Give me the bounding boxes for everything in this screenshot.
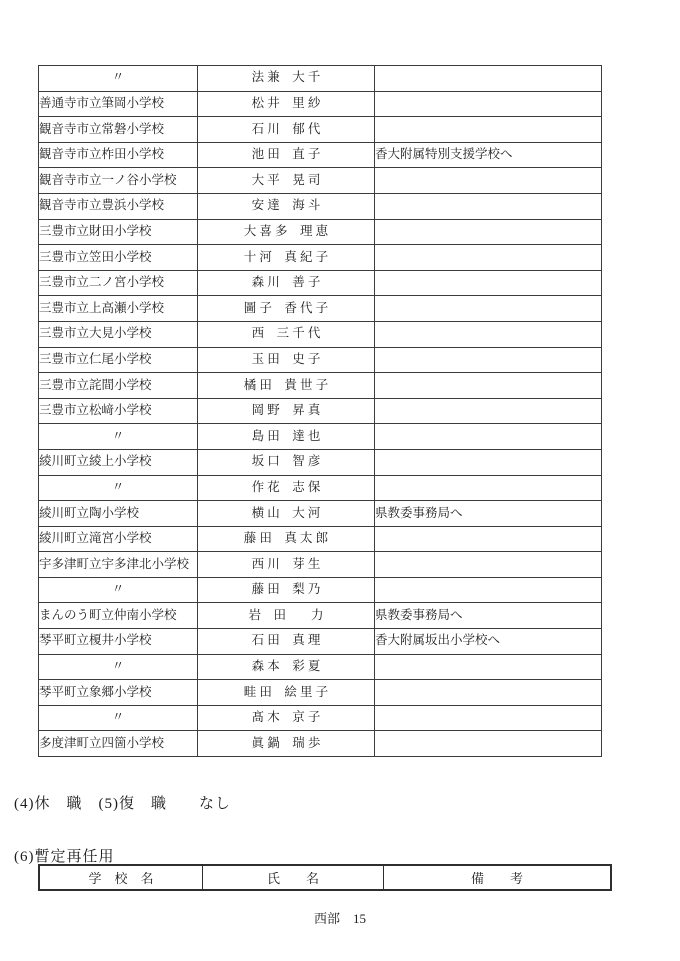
remark-cell <box>375 168 602 194</box>
name-cell: 藤 田 梨 乃 <box>198 577 375 603</box>
school-cell: 〃 <box>39 705 198 731</box>
school-cell: 善通寺市立筆岡小学校 <box>39 91 198 117</box>
remark-cell <box>375 731 602 757</box>
school-cell: 三豊市立松﨑小学校 <box>39 398 198 424</box>
reappointment-header-row: 学 校 名 氏 名 備 考 <box>39 865 611 890</box>
name-cell: 橘 田 貴 世 子 <box>198 373 375 399</box>
page-footer-label: 西部 15 <box>0 908 680 927</box>
school-cell: 〃 <box>39 475 198 501</box>
name-cell: 眞 鍋 瑞 歩 <box>198 731 375 757</box>
school-cell: 三豊市立大見小学校 <box>39 321 198 347</box>
remark-cell: 香大附属坂出小学校へ <box>375 629 602 655</box>
table-row: 宇多津町立宇多津北小学校西 川 芽 生 <box>39 552 602 578</box>
section-zantei-saininyo: (6)暫定再任用 <box>14 845 115 866</box>
table-row: 〃髙 木 京 子 <box>39 705 602 731</box>
school-cell: 三豊市立仁尾小学校 <box>39 347 198 373</box>
school-cell: 多度津町立四箇小学校 <box>39 731 198 757</box>
school-cell: 琴平町立象郷小学校 <box>39 680 198 706</box>
school-cell: 観音寺市立豊浜小学校 <box>39 193 198 219</box>
school-cell: 三豊市立詫間小学校 <box>39 373 198 399</box>
name-cell: 石 田 真 理 <box>198 629 375 655</box>
name-cell: 岩 田 力 <box>198 603 375 629</box>
remark-cell <box>375 373 602 399</box>
name-cell: 西 三 千 代 <box>198 321 375 347</box>
personnel-roster-table: 〃法 兼 大 千善通寺市立筆岡小学校松 井 里 紗観音寺市立常磐小学校石 川 郁… <box>38 65 602 757</box>
remark-cell <box>375 449 602 475</box>
school-cell: 三豊市立上高瀬小学校 <box>39 296 198 322</box>
remark-cell <box>375 424 602 450</box>
table-row: 〃島 田 達 也 <box>39 424 602 450</box>
table-row: 琴平町立榎井小学校石 田 真 理香大附属坂出小学校へ <box>39 629 602 655</box>
school-cell: 〃 <box>39 654 198 680</box>
school-cell: 宇多津町立宇多津北小学校 <box>39 552 198 578</box>
name-cell: 石 川 郁 代 <box>198 117 375 143</box>
remark-cell <box>375 245 602 271</box>
table-row: 綾川町立陶小学校横 山 大 河県教委事務局へ <box>39 501 602 527</box>
name-cell: 森 本 彩 夏 <box>198 654 375 680</box>
school-cell: 三豊市立二ノ宮小学校 <box>39 270 198 296</box>
remark-cell <box>375 193 602 219</box>
name-cell: 玉 田 史 子 <box>198 347 375 373</box>
table-row: まんのう町立仲南小学校岩 田 力県教委事務局へ <box>39 603 602 629</box>
table-row: 〃藤 田 梨 乃 <box>39 577 602 603</box>
school-cell: 三豊市立笠田小学校 <box>39 245 198 271</box>
school-cell: 〃 <box>39 577 198 603</box>
school-cell: 観音寺市立一ノ谷小学校 <box>39 168 198 194</box>
remark-cell <box>375 219 602 245</box>
table-row: 綾川町立滝宮小学校藤 田 真 太 郎 <box>39 526 602 552</box>
school-cell: 三豊市立財田小学校 <box>39 219 198 245</box>
table-row: 三豊市立詫間小学校橘 田 貴 世 子 <box>39 373 602 399</box>
table-row: 観音寺市立柞田小学校池 田 直 子香大附属特別支援学校へ <box>39 142 602 168</box>
table-row: 〃法 兼 大 千 <box>39 66 602 92</box>
remark-cell <box>375 117 602 143</box>
name-cell: 安 達 海 斗 <box>198 193 375 219</box>
table-row: 観音寺市立常磐小学校石 川 郁 代 <box>39 117 602 143</box>
remark-cell <box>375 475 602 501</box>
header-school-name: 学 校 名 <box>39 865 203 890</box>
school-cell: 綾川町立綾上小学校 <box>39 449 198 475</box>
remark-cell: 香大附属特別支援学校へ <box>375 142 602 168</box>
table-row: 三豊市立笠田小学校十 河 真 紀 子 <box>39 245 602 271</box>
name-cell: 圖 子 香 代 子 <box>198 296 375 322</box>
table-row: 三豊市立上高瀬小学校圖 子 香 代 子 <box>39 296 602 322</box>
remark-cell <box>375 654 602 680</box>
remark-cell <box>375 552 602 578</box>
remark-cell <box>375 577 602 603</box>
school-cell: 琴平町立榎井小学校 <box>39 629 198 655</box>
table-row: 三豊市立財田小学校大 喜 多 理 恵 <box>39 219 602 245</box>
table-row: 三豊市立仁尾小学校玉 田 史 子 <box>39 347 602 373</box>
section-kyushoku-fukushoku: (4)休 職 (5)復 職 なし <box>14 792 231 813</box>
table-row: 多度津町立四箇小学校眞 鍋 瑞 歩 <box>39 731 602 757</box>
remark-cell <box>375 270 602 296</box>
name-cell: 森 川 善 子 <box>198 270 375 296</box>
reappointment-header-table: 学 校 名 氏 名 備 考 <box>38 864 612 891</box>
table-row: 三豊市立大見小学校西 三 千 代 <box>39 321 602 347</box>
remark-cell <box>375 296 602 322</box>
header-remarks: 備 考 <box>384 865 612 890</box>
name-cell: 十 河 真 紀 子 <box>198 245 375 271</box>
remark-cell <box>375 398 602 424</box>
name-cell: 大 喜 多 理 恵 <box>198 219 375 245</box>
table-row: 〃作 花 志 保 <box>39 475 602 501</box>
school-cell: 綾川町立陶小学校 <box>39 501 198 527</box>
name-cell: 島 田 達 也 <box>198 424 375 450</box>
remark-cell <box>375 321 602 347</box>
header-person-name: 氏 名 <box>203 865 384 890</box>
school-cell: 綾川町立滝宮小学校 <box>39 526 198 552</box>
table-row: 綾川町立綾上小学校坂 口 智 彦 <box>39 449 602 475</box>
remark-cell <box>375 66 602 92</box>
table-row: 三豊市立二ノ宮小学校森 川 善 子 <box>39 270 602 296</box>
name-cell: 横 山 大 河 <box>198 501 375 527</box>
table-row: 〃森 本 彩 夏 <box>39 654 602 680</box>
remark-cell <box>375 526 602 552</box>
name-cell: 髙 木 京 子 <box>198 705 375 731</box>
table-row: 観音寺市立一ノ谷小学校大 平 晃 司 <box>39 168 602 194</box>
school-cell: 〃 <box>39 424 198 450</box>
table-row: 三豊市立松﨑小学校岡 野 昇 真 <box>39 398 602 424</box>
remark-cell: 県教委事務局へ <box>375 501 602 527</box>
remark-cell <box>375 91 602 117</box>
school-cell: 観音寺市立柞田小学校 <box>39 142 198 168</box>
table-row: 琴平町立象郷小学校畦 田 絵 里 子 <box>39 680 602 706</box>
school-cell: 観音寺市立常磐小学校 <box>39 117 198 143</box>
table-row: 観音寺市立豊浜小学校安 達 海 斗 <box>39 193 602 219</box>
remark-cell <box>375 680 602 706</box>
name-cell: 坂 口 智 彦 <box>198 449 375 475</box>
remark-cell <box>375 347 602 373</box>
school-cell: まんのう町立仲南小学校 <box>39 603 198 629</box>
name-cell: 西 川 芽 生 <box>198 552 375 578</box>
name-cell: 畦 田 絵 里 子 <box>198 680 375 706</box>
table-row: 善通寺市立筆岡小学校松 井 里 紗 <box>39 91 602 117</box>
roster-table-body: 〃法 兼 大 千善通寺市立筆岡小学校松 井 里 紗観音寺市立常磐小学校石 川 郁… <box>39 66 602 757</box>
name-cell: 松 井 里 紗 <box>198 91 375 117</box>
school-cell: 〃 <box>39 66 198 92</box>
name-cell: 大 平 晃 司 <box>198 168 375 194</box>
name-cell: 池 田 直 子 <box>198 142 375 168</box>
remark-cell <box>375 705 602 731</box>
name-cell: 藤 田 真 太 郎 <box>198 526 375 552</box>
name-cell: 法 兼 大 千 <box>198 66 375 92</box>
remark-cell: 県教委事務局へ <box>375 603 602 629</box>
name-cell: 岡 野 昇 真 <box>198 398 375 424</box>
name-cell: 作 花 志 保 <box>198 475 375 501</box>
document-page: 〃法 兼 大 千善通寺市立筆岡小学校松 井 里 紗観音寺市立常磐小学校石 川 郁… <box>0 0 680 961</box>
